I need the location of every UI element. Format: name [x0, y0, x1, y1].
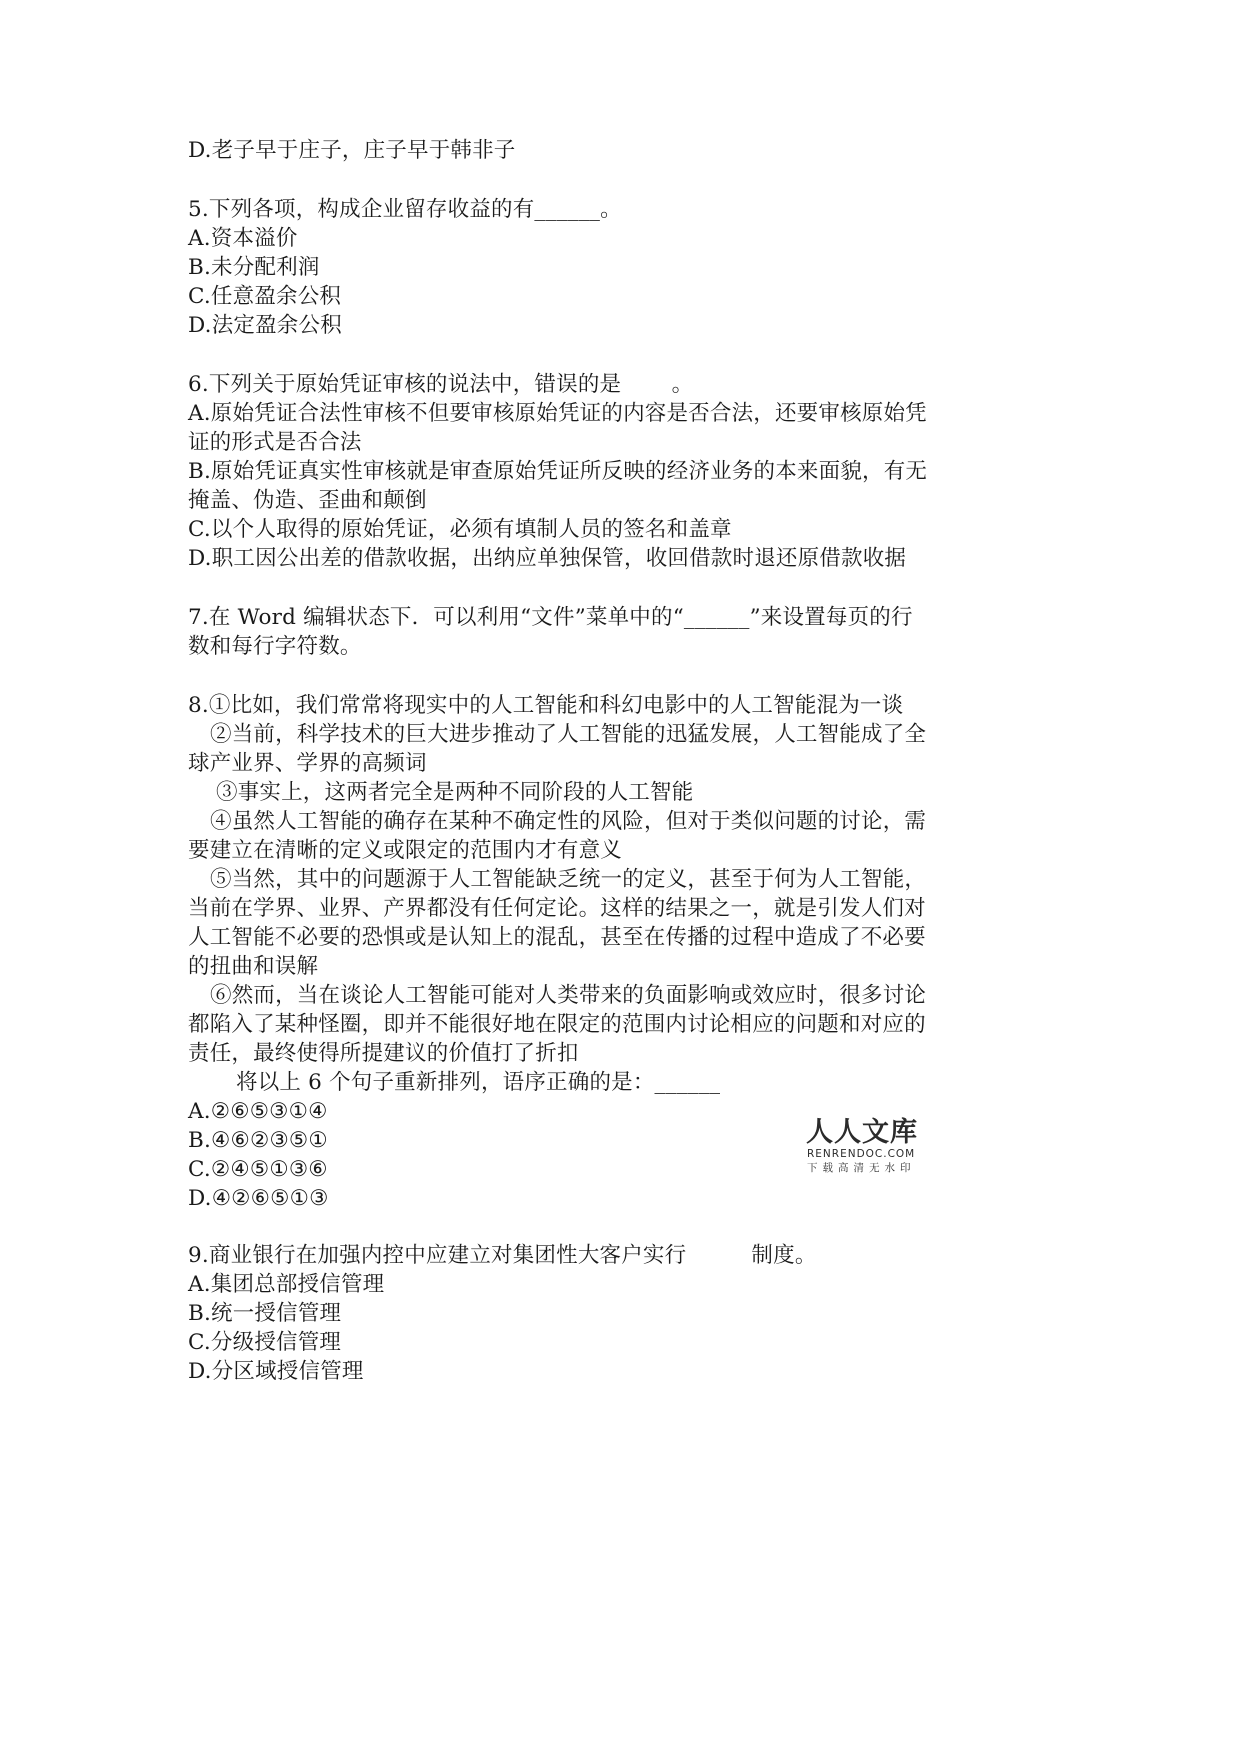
q9-option-b: B.统一授信管理 — [188, 1299, 341, 1328]
q5-option-b: B.未分配利润 — [188, 253, 320, 282]
q8-sentence-6-line2: 都陷入了某种怪圈，即并不能很好地在限定的范围内讨论相应的问题和对应的 — [188, 1010, 926, 1039]
q6-option-b-line2: 掩盖、伪造、歪曲和颠倒 — [188, 486, 427, 515]
q8-sentence-3: ③事实上，这两者完全是两种不同阶段的人工智能 — [216, 778, 693, 807]
q9-option-a: A.集团总部授信管理 — [188, 1270, 384, 1299]
q8-sentence-1: 8.①比如，我们常常将现实中的人工智能和科幻电影中的人工智能混为一谈 — [188, 691, 903, 720]
q8-sentence-5-line2: 当前在学界、业界、产界都没有任何定论。这样的结果之一，就是引发人们对 — [188, 894, 926, 923]
q8-option-c: C.②④⑤①③⑥ — [188, 1155, 328, 1184]
q8-sentence-4-line2: 要建立在清晰的定义或限定的范围内才有意义 — [188, 836, 622, 865]
q6-option-a-line1: A.原始凭证合法性审核不但要审核原始凭证的内容是否合法，还要审核原始凭 — [188, 399, 927, 428]
q8-option-a: A.②⑥⑤③①④ — [188, 1097, 328, 1126]
q8-sentence-5-line3: 人工智能不必要的恐惧或是认知上的混乱，甚至在传播的过程中造成了不必要 — [188, 923, 926, 952]
q6-option-a-line2: 证的形式是否合法 — [188, 428, 362, 457]
q5-option-c: C.任意盈余公积 — [188, 282, 341, 311]
watermark-url: RENRENDOC.COM — [807, 1148, 936, 1161]
q5-stem: 5.下列各项，构成企业留存收益的有______。 — [188, 195, 622, 224]
q8-sentence-2-line1: ②当前，科学技术的巨大进步推动了人工智能的迅猛发展，人工智能成了全 — [210, 720, 926, 749]
document-page: D.老子早于庄子，庄子早于韩非子 5.下列各项，构成企业留存收益的有______… — [0, 0, 1240, 1753]
renrendoc-watermark: 人人文库 RENRENDOC.COM 下载高清无水印 — [806, 1118, 936, 1175]
q6-option-d: D.职工因公出差的借款收据，出纳应单独保管，收回借款时退还原借款收据 — [188, 544, 906, 573]
q7-stem-line2: 数和每行字符数。 — [188, 632, 362, 661]
watermark-title: 人人文库 — [806, 1118, 936, 1148]
q4-option-d: D.老子早于庄子，庄子早于韩非子 — [188, 136, 516, 165]
q8-option-d: D.④②⑥⑤①③ — [188, 1184, 329, 1213]
q7-stem-line1: 7.在 Word 编辑状态下．可以利用“文件”菜单中的“______”来设置每页… — [188, 603, 913, 632]
q6-option-c: C.以个人取得的原始凭证，必须有填制人员的签名和盖章 — [188, 515, 732, 544]
q8-sentence-4-line1: ④虽然人工智能的确存在某种不确定性的风险，但对于类似问题的讨论，需 — [210, 807, 926, 836]
q8-sentence-5-line1: ⑤当然，其中的问题源于人工智能缺乏统一的定义，甚至于何为人工智能， — [210, 865, 926, 894]
q9-stem: 9.商业银行在加强内控中应建立对集团性大客户实行 制度。 — [188, 1241, 817, 1270]
q8-sentence-2-line2: 球产业界、学界的高频词 — [188, 749, 427, 778]
q8-sentence-6-line1: ⑥然而，当在谈论人工智能可能对人类带来的负面影响或效应时，很多讨论 — [210, 981, 926, 1010]
q5-option-a: A.资本溢价 — [188, 224, 298, 253]
q6-stem: 6.下列关于原始凭证审核的说法中，错误的是 。 — [188, 370, 693, 399]
q8-prompt: 将以上 6 个句子重新排列，语序正确的是：______ — [236, 1068, 720, 1097]
q9-option-d: D.分区域授信管理 — [188, 1357, 364, 1386]
q8-option-b: B.④⑥②③⑤① — [188, 1126, 328, 1155]
q8-sentence-6-line3: 责任，最终使得所提建议的价值打了折扣 — [188, 1039, 579, 1068]
q5-option-d: D.法定盈余公积 — [188, 311, 342, 340]
watermark-subtitle: 下载高清无水印 — [807, 1161, 936, 1175]
q8-sentence-5-line4: 的扭曲和误解 — [188, 952, 318, 981]
q9-option-c: C.分级授信管理 — [188, 1328, 341, 1357]
q6-option-b-line1: B.原始凭证真实性审核就是审查原始凭证所反映的经济业务的本来面貌，有无 — [188, 457, 927, 486]
